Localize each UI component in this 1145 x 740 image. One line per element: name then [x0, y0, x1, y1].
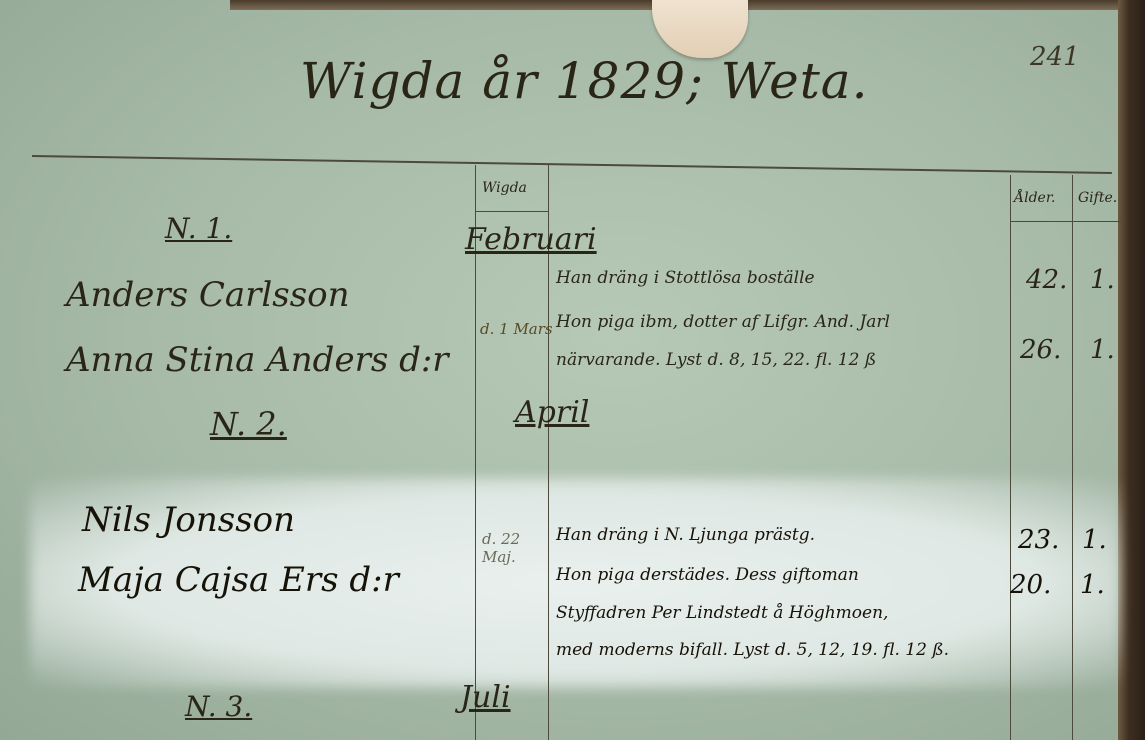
- age-column-header: Ålder.: [1014, 190, 1055, 206]
- entry-number-2: N. 2.: [210, 405, 287, 443]
- age-header-underline: [1011, 221, 1121, 222]
- note-1-line-2: Hon piga ibm, dotter af Lifgr. And. Jarl: [556, 312, 890, 332]
- marriage-column-header: Gifte.: [1078, 190, 1117, 206]
- month-april: April: [515, 395, 589, 430]
- date-header-underline: [476, 211, 548, 212]
- age-column-left-rule: [1010, 175, 1011, 740]
- note-1-line-1: Han dräng i Stottlösa boställe: [556, 268, 815, 288]
- groom-age-2: 23.: [1018, 525, 1059, 555]
- bride-name-2: Maja Cajsa Ers d:r: [78, 560, 399, 600]
- bride-marriage-2: 1.: [1080, 570, 1105, 600]
- note-2-line-2: Hon piga derstädes. Dess giftoman: [556, 565, 859, 585]
- groom-marriage-1: 1.: [1090, 265, 1115, 295]
- note-2-line-3: Styffadren Per Lindstedt å Höghmoen,: [556, 603, 888, 623]
- book-binding: [1118, 0, 1145, 740]
- marriage-column-left-rule: [1072, 175, 1073, 740]
- groom-marriage-2: 1.: [1082, 525, 1107, 555]
- note-2-line-1: Han dräng i N. Ljunga prästg.: [556, 525, 815, 545]
- page-number: 241: [1030, 42, 1080, 72]
- month-july: Juli: [460, 680, 511, 715]
- bride-age-2: 20.: [1010, 570, 1051, 600]
- wedding-date-1: d. 1 Mars: [480, 320, 553, 338]
- page-title: Wigda år 1829; Weta.: [300, 52, 869, 110]
- groom-name-1: Anders Carlsson: [66, 275, 350, 315]
- groom-age-1: 42.: [1026, 265, 1067, 295]
- entry-number-3: N. 3.: [185, 690, 252, 723]
- note-2-line-4: med moderns bifall. Lyst d. 5, 12, 19. f…: [556, 640, 949, 660]
- date-column-header: Wigda: [482, 180, 527, 196]
- bride-marriage-1: 1.: [1090, 335, 1115, 365]
- bride-age-1: 26.: [1020, 335, 1061, 365]
- entry-number-1: N. 1.: [165, 212, 232, 245]
- wedding-date-2: d. 22 Maj.: [482, 530, 542, 566]
- note-1-line-3: närvarande. Lyst d. 8, 15, 22. fl. 12 ß: [556, 350, 876, 370]
- month-february: Februari: [465, 222, 597, 257]
- groom-name-2: Nils Jonsson: [82, 500, 295, 540]
- bride-name-1: Anna Stina Anders d:r: [66, 340, 449, 380]
